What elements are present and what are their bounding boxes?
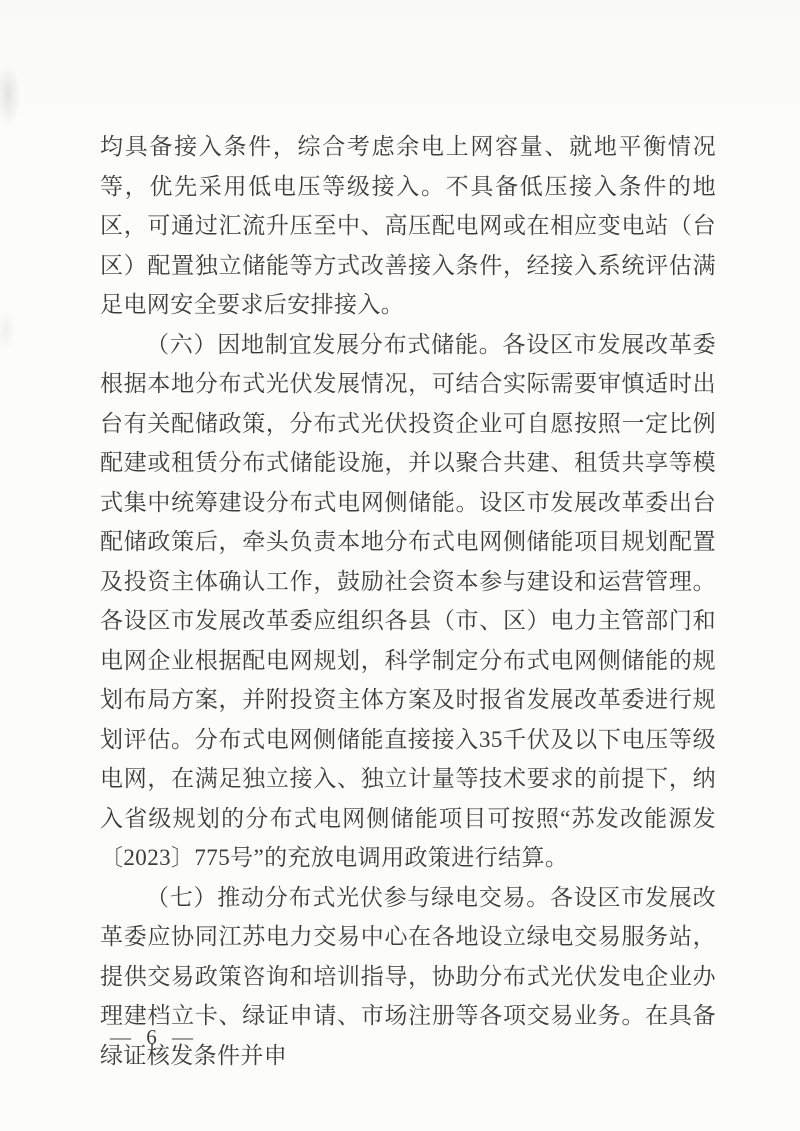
scanned-document-page: 均具备接入条件，综合考虑余电上网容量、就地平衡情况等，优先采用低电压等级接入。不…	[0, 0, 800, 1131]
paragraph-continuation: 均具备接入条件，综合考虑余电上网容量、就地平衡情况等，优先采用低电压等级接入。不…	[100, 127, 716, 325]
page-number: — 6 —	[110, 1025, 198, 1050]
paragraph-section-6: （六）因地制宜发展分布式储能。各设区市发展改革委根据本地分布式光伏发展情况，可结…	[100, 325, 716, 878]
document-text-block: 均具备接入条件，综合考虑余电上网容量、就地平衡情况等，优先采用低电压等级接入。不…	[100, 127, 716, 1075]
